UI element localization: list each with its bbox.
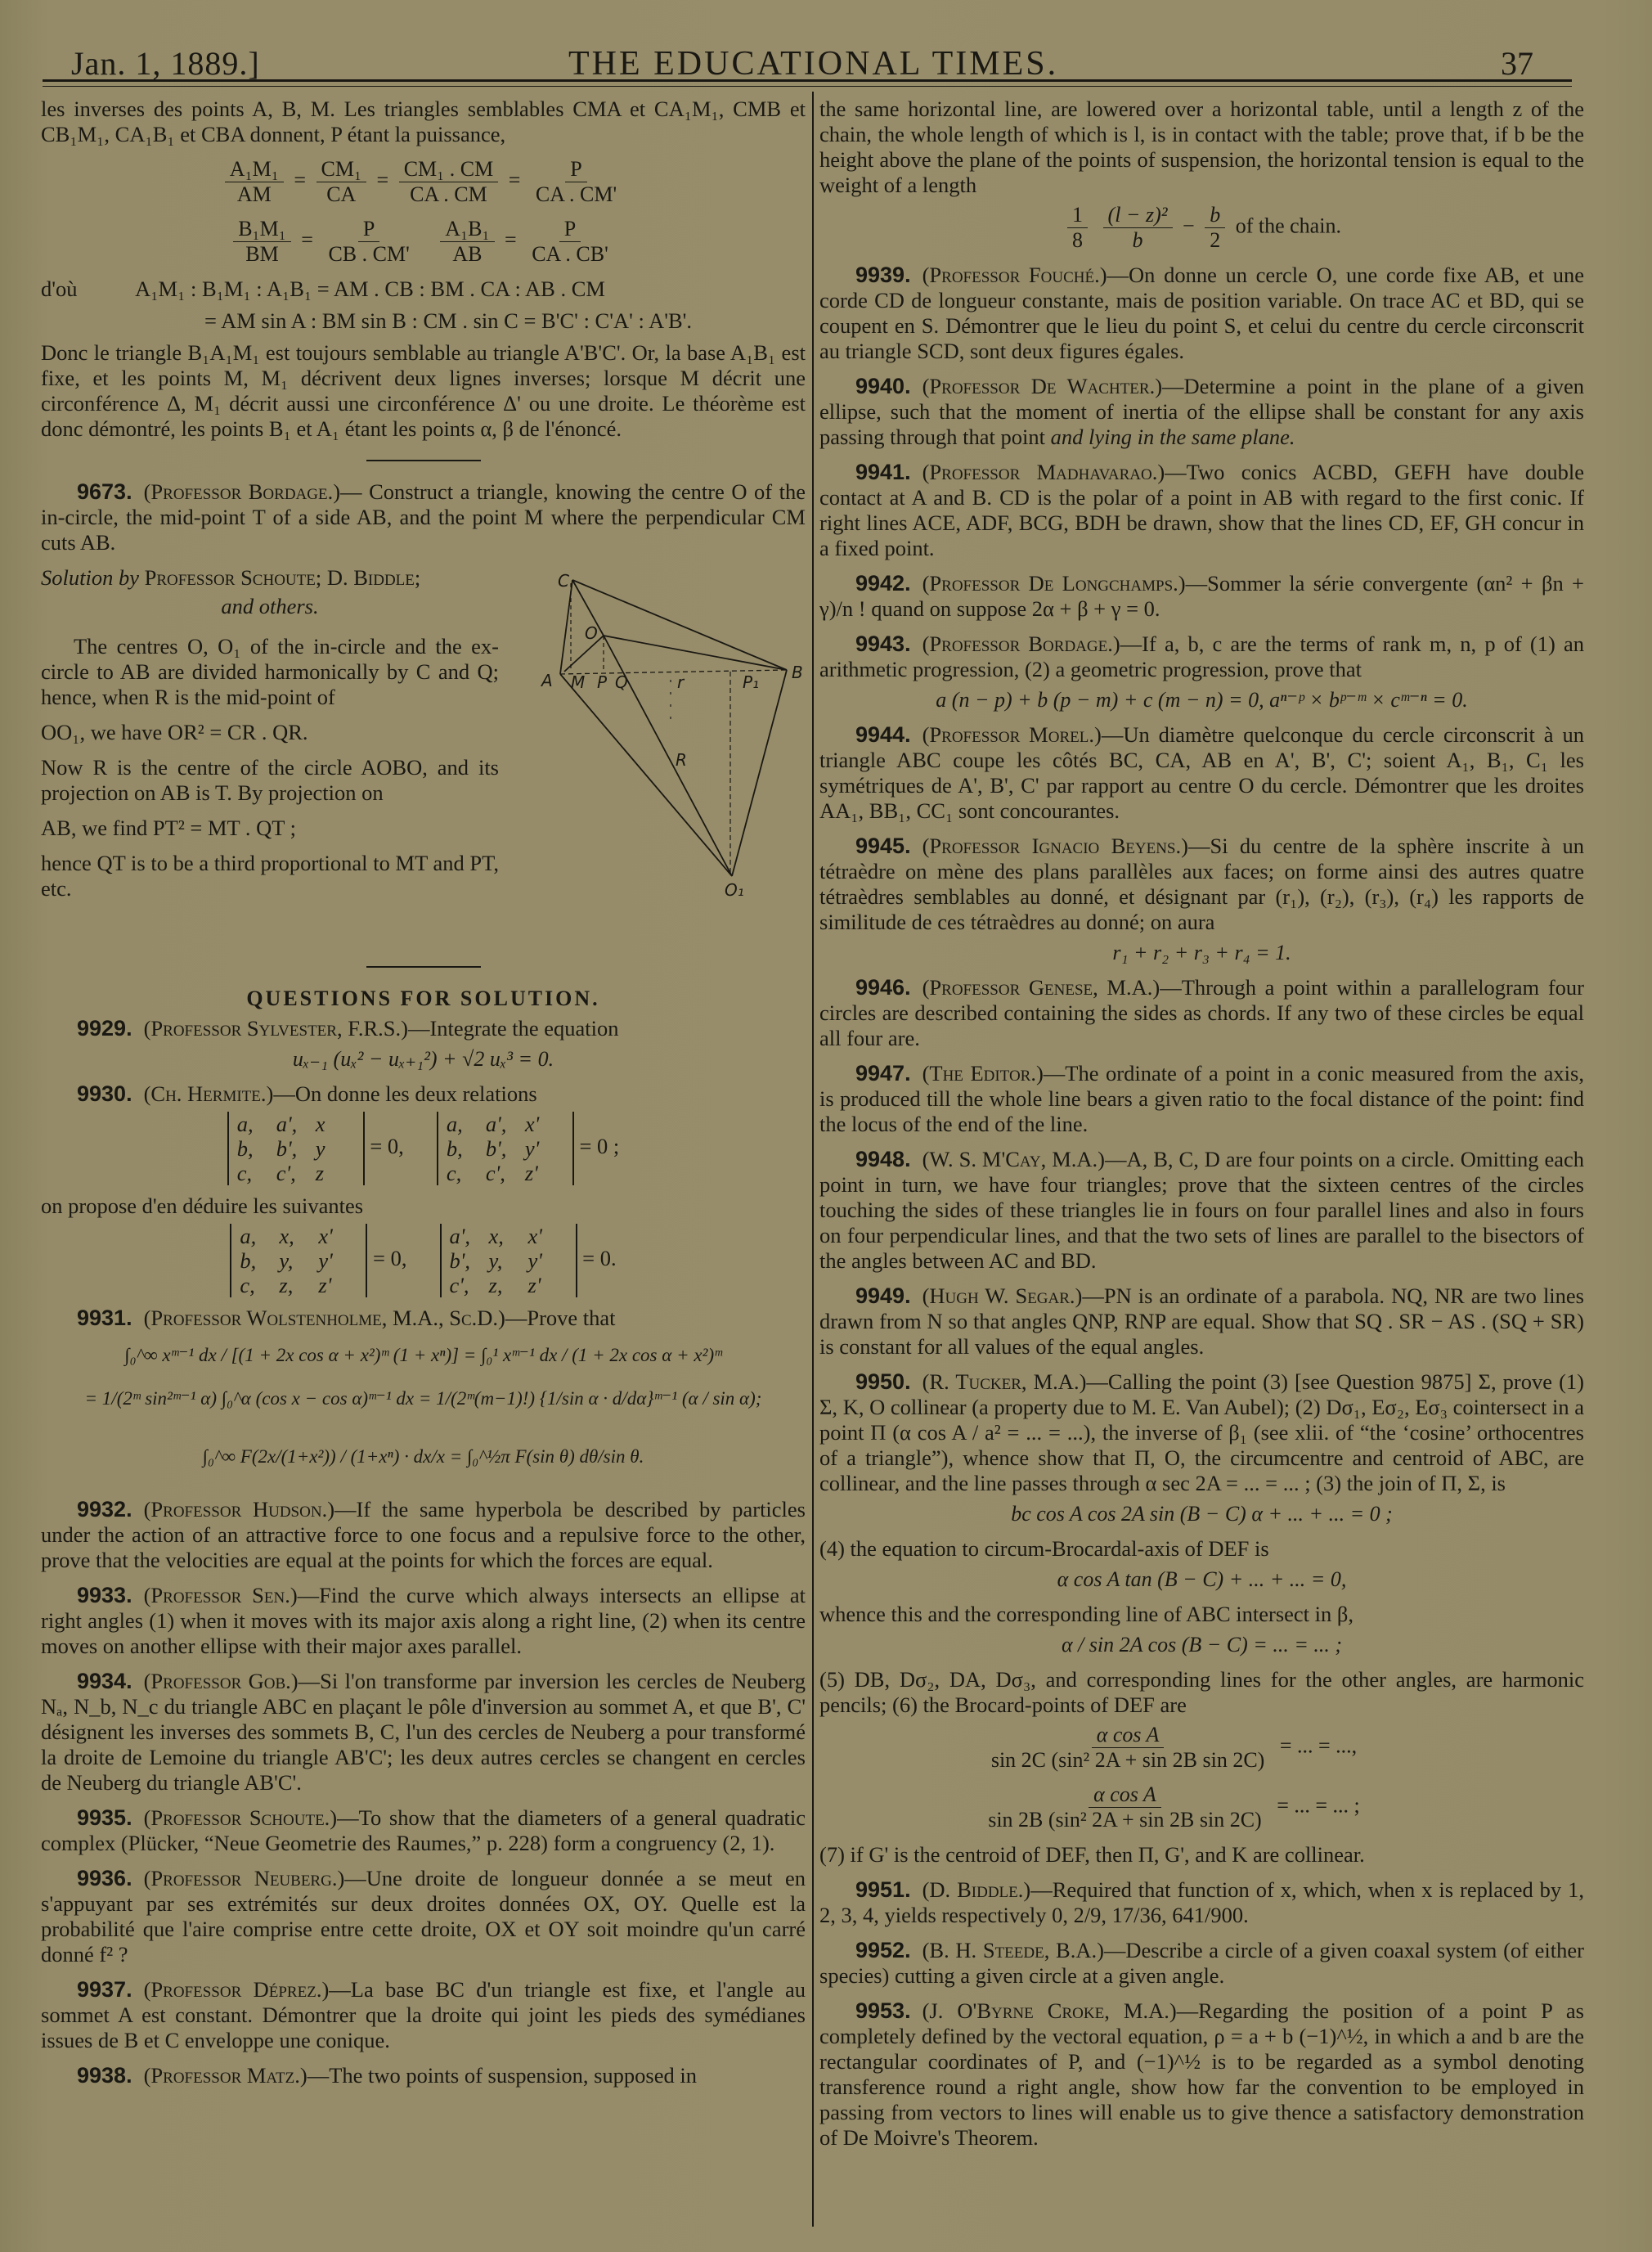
text-9950-3: whence this and the corresponding line o… [819, 1602, 1584, 1627]
intro-paragraph: les inverses des points A, B, M. Les tri… [41, 97, 806, 147]
question-9953: 9953.(J. O'Byrne Croke, M.A.)—Regarding … [819, 1998, 1584, 2151]
question-9931: 9931.(Professor Wolstenholme, M.A., Sc.D… [41, 1306, 806, 1331]
equation-9931-1: ∫₀^∞ xᵐ⁻¹ dx / [(1 + 2x cos α + x²)ᵐ (1 … [41, 1342, 806, 1368]
equation-ratio-2: B₁M₁BM = PCB . CM' A₁B₁AB = PCA . CB' [41, 217, 806, 267]
svg-text:P: P [597, 672, 608, 692]
question-9952: 9952.(B. H. Steede, B.A.)—Describe a cir… [819, 1938, 1584, 1989]
question-9944: 9944.(Professor Morel.)—Un diamètre quel… [819, 722, 1584, 824]
question-9945: 9945.(Professor Ignacio Beyens.)—Si du c… [819, 834, 1584, 935]
question-9929: 9929.(Professor Sylvester, F.R.S.)—Integ… [41, 1016, 806, 1041]
equation-9950-4: α cos Asin 2C (sin² 2A + sin 2B sin 2C) … [754, 1723, 1584, 1773]
svg-text:r: r [677, 672, 685, 692]
question-9940: 9940.(Professor De Wachter.)—Determine a… [819, 374, 1584, 450]
svg-text:A: A [540, 671, 553, 690]
question-9937: 9937.(Professor Déprez.)—La base BC d'un… [41, 1977, 806, 2053]
question-9948: 9948.(W. S. M'Cay, M.A.)—A, B, C, D are … [819, 1147, 1584, 1274]
question-9934: 9934.(Professor Gob.)—Si l'on transforme… [41, 1669, 806, 1796]
equation-9945: r₁ + r₂ + r₃ + r₄ = 1. [819, 940, 1584, 965]
question-9938-continued: the same horizontal line, are lowered ov… [819, 97, 1584, 198]
equation-9931-2: = 1/(2ᵐ sin²ᵐ⁻¹ α) ∫₀^α (cos x − cos α)ᵐ… [41, 1386, 806, 1411]
question-9938: 9938.(Professor Matz.)—The two points of… [41, 2063, 806, 2088]
equation-ratio-1: A₁M₁AM = CM₁CA = CM₁ . CMCA . CM = PCA .… [41, 157, 806, 207]
text-9930-middle: on propose d'en déduire les suivantes [41, 1193, 806, 1219]
question-9930: 9930.(Ch. Hermite.)—On donne les deux re… [41, 1081, 806, 1107]
question-9942: 9942.(Professor De Longchamps.)—Sommer l… [819, 571, 1584, 622]
equation-9950-1: bc cos A cos 2A sin (B − C) α + ... + ..… [819, 1501, 1584, 1526]
page-header: Jan. 1, 1889.] THE EDUCATIONAL TIMES. 37 [37, 39, 1566, 80]
svg-text:B: B [792, 663, 803, 682]
text-9950-2: (4) the equation to circum-Brocardal-axi… [819, 1536, 1584, 1562]
left-column: les inverses des points A, B, M. Les tri… [41, 97, 806, 2098]
question-9673: 9673.(Professor Bordage.)— Construct a t… [41, 479, 806, 555]
svg-text:M: M [571, 672, 585, 692]
question-9946: 9946.(Professor Genese, M.A.)—Through a … [819, 975, 1584, 1051]
triangle-construction-diagram: C O A M P Q r P₁ B R O₁ [532, 557, 810, 901]
equation-9950-3: α / sin 2A cos (B − C) = ... = ... ; [819, 1632, 1584, 1657]
header-rule-thin [43, 86, 1572, 87]
svg-text:O: O [585, 623, 598, 643]
question-9939: 9939.(Professor Fouché.)—On donne un cer… [819, 263, 1584, 364]
question-9933: 9933.(Professor Sen.)—Find the curve whi… [41, 1583, 806, 1659]
svg-text:O₁: O₁ [725, 880, 744, 900]
page-number: 37 [1501, 44, 1533, 83]
question-9950: 9950.(R. Tucker, M.A.)—Calling the point… [819, 1369, 1584, 1496]
equation-9950-2: α cos A tan (B − C) + ... + ... = 0, [819, 1567, 1584, 1592]
equation-9950-5: α cos Asin 2B (sin² 2A + sin 2B sin 2C) … [754, 1782, 1584, 1832]
question-9949: 9949.(Hugh W. Segar.)—PN is an ordinate … [819, 1283, 1584, 1360]
column-divider [812, 92, 814, 2227]
question-9947: 9947.(The Editor.)—The ordinate of a poi… [819, 1061, 1584, 1137]
section-separator [366, 460, 481, 461]
svg-text:C: C [558, 571, 569, 591]
svg-text:R: R [676, 750, 687, 770]
conclusion-paragraph: Donc le triangle B₁A₁M₁ est toujours sem… [41, 340, 806, 442]
equation-9931-3: ∫₀^∞ F(2x/(1+x²)) / (1+xⁿ) · dx/x = ∫₀^½… [41, 1444, 806, 1469]
issue-date: Jan. 1, 1889.] [71, 44, 260, 83]
question-9951: 9951.(D. Biddle.)—Required that function… [819, 1877, 1584, 1928]
question-9941: 9941.(Professor Madhavarao.)—Two conics … [819, 460, 1584, 561]
question-9943: 9943.(Professor Bordage.)—If a, b, c are… [819, 632, 1584, 682]
equation-9929: uₓ₋₁ (uₓ² − uₓ₊₁²) + √2 uₓ³ = 0. [41, 1046, 806, 1072]
text-9950-4: (5) DB, Dσ₂, DA, Dσ₃, and corresponding … [819, 1667, 1584, 1718]
solution-9673: Solution by Professor Schoute; D. Biddle… [41, 565, 806, 991]
question-9935: 9935.(Professor Schoute.)—To show that t… [41, 1805, 806, 1856]
equation-9938: 18 (l − z)²b − b2 of the chain. [819, 203, 1584, 253]
equation-dou-cont: = AM sin A : BM sin B : CM . sin C = B'C… [41, 308, 806, 334]
header-rule-thick [43, 79, 1572, 82]
publication-title: THE EDUCATIONAL TIMES. [568, 44, 1058, 83]
right-column: the same horizontal line, are lowered ov… [819, 97, 1584, 2160]
equation-dou: d'où A₁M₁ : B₁M₁ : A₁B₁ = AM . CB : BM .… [41, 276, 806, 302]
svg-text:P₁: P₁ [743, 672, 759, 692]
svg-text:Q: Q [615, 672, 628, 692]
equation-9943: a (n − p) + b (p − m) + c (m − n) = 0, a… [819, 687, 1584, 712]
determinants-given: a,a',x b,b',y c,c',z = 0, a,a',x' b,b',y… [41, 1112, 806, 1185]
determinants-derived: a,x,x' b,y,y' c,z,z' = 0, a',x,x' b',y,y… [41, 1224, 806, 1297]
text-9950-5: (7) if G' is the centroid of DEF, then Π… [819, 1842, 1584, 1868]
question-9932: 9932.(Professor Hudson.)—If the same hyp… [41, 1497, 806, 1573]
question-9936: 9936.(Professor Neuberg.)—Une droite de … [41, 1866, 806, 1967]
